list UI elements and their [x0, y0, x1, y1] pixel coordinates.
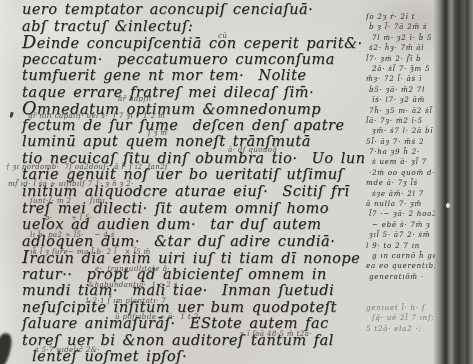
text-line: ratur·· propt qd abicienteſ omnem in	[22, 267, 374, 284]
margin-gloss-line: l 9· to 2 7 ın	[366, 241, 438, 251]
margin-gloss-line: genıuet l̄· h· ſ	[366, 303, 438, 313]
margin-gloss-line: 7·ha ȝ9 h̄ 2·	[366, 147, 438, 157]
interlinear-gloss: ſunt·ſ· m 2 ſım̄ı	[30, 198, 105, 205]
margin-gloss-line: l̄7· ȝṁ 2· ſ̄ī ḃ	[366, 54, 438, 64]
interlinear-gloss: e· tranquıllıtate q̄· :	[95, 266, 175, 273]
interlinear-gloss: &habundantıā· 1 o 2 ṡ	[88, 282, 178, 289]
margin-gloss-line: ḃ ȝ l̄· 7ā 2m̄ ṡ	[366, 22, 438, 32]
margin-gloss-line: ·2ṁ oo quom̄ d·	[366, 168, 438, 178]
text-line: uero temptator aconcupiſ cenciaſuā·	[22, 2, 374, 19]
margin-gloss-line: ṡ2· h̄ȝ· 7m̄ āl	[366, 43, 438, 53]
interlinear-gloss: cū	[218, 33, 227, 40]
interlinear-gloss: x ī ſoā 48·5 m̄ t2ā·	[240, 331, 312, 338]
ink-smudge	[0, 332, 14, 364]
margin-gloss-line: ṡȝe ām̄· 2l 7	[366, 189, 438, 199]
manuscript-page: uero temptator aconcupiſ cenciaſuā· abſ …	[0, 0, 473, 364]
margin-gloss-line: ȝm̄· ṡ7 l· 2ā ḃī	[366, 126, 438, 136]
margin-gloss-line: l̄7 ·~ ȝā· 2 hoa2	[366, 209, 438, 219]
interlinear-gloss: ık̄ l̄ ȝ ſure~ ma l̄ b· 2 l̄ × l̄5 m̄	[30, 249, 151, 256]
paper-speck	[446, 203, 450, 208]
text-line: mundi tiam· mali tiae· Inman ſuetudi	[22, 283, 374, 300]
stray-mark	[9, 112, 13, 119]
text-line: taque errare fratreſ mei dilecaſ ſim̄·	[22, 85, 374, 102]
interlinear-gloss: ſ̄ ȝ ṁ	[148, 130, 167, 137]
interlinear-gloss: lı b̄· pa2 ÷ l̄5· ~ 4 ṡ	[30, 232, 115, 239]
margin-gloss-line: 7l ṁ· ȝ2 ī· b̄ 5	[366, 33, 438, 43]
margin-gloss-line: l̄ā· 7ȝ· ṁ2 ī·5	[366, 116, 438, 126]
interlinear-gloss: b̄· ÷ l̄ 5·	[45, 215, 93, 222]
interlinear-gloss: † ȝı pordomb· 7ſ̄ oa2douſ· ā l̄· ſ ı2 fa…	[6, 164, 168, 171]
interlinear-gloss: ṡ 5·7 uıdelıc̄ 2&·	[35, 347, 100, 354]
text-line: luminū aput quem noneſt trānſmutā	[22, 134, 374, 151]
margin-gloss-line: m̄ȝ· 72 l̄· āṡ ī	[366, 74, 438, 84]
margin-gloss-line: mde ā· 7ȝ l̄ṡ	[366, 178, 438, 188]
margin-gloss-line: ſo 2ȝ ṙ· 2ī t	[366, 12, 438, 22]
margin-gloss-column: ſo 2ȝ ṙ· 2ī tḃ ȝ l̄· 7ā 2m̄ ṡ7l ṁ· ȝ2 ī·…	[366, 12, 438, 334]
margin-gloss-line: generatıōm̄ ·	[366, 272, 438, 282]
interlinear-gloss: gr̄ nılı capalıſ· uel ṡ· ſ̄ 7 ȝı 7 1 2 ṁ	[28, 113, 165, 120]
margin-gloss-line: ~ ebē ṡ· 7m̄ ȝ	[366, 220, 438, 230]
margin-gloss-line: ṡ uem ā· ȝl̄ 7	[366, 157, 438, 167]
margin-gloss-line: ḃ5· ȝā· m̄2 7l	[366, 85, 438, 95]
text-line: tumfuerit gene nt mor tem· Nolite	[22, 68, 374, 85]
margin-gloss-line	[366, 293, 438, 303]
margin-gloss-line	[366, 282, 438, 292]
text-line: abſ tractuſ &inlectuſ:	[22, 19, 374, 36]
margin-gloss-line: g ın carnō h̄ gen:	[366, 251, 438, 261]
interlinear-gloss: ū poſsıbıle ÷ ō· 1 t 2·	[115, 314, 201, 321]
margin-gloss-line: 5l̄· āȝ 7· m̄ṡ 2	[366, 137, 438, 147]
margin-gloss-line: 7h̄· ȝ5 m· ā2 ṡl̄	[366, 106, 438, 116]
margin-gloss-line: ſq̄· uē 2l̄ 7 ınſ;	[366, 313, 438, 323]
margin-gloss-line: īṡ· l7· ȝ2 ām̄	[366, 95, 438, 105]
interlinear-gloss: mſ̄ ıd· l̄ ṡa ÷ uıſıbıl̄ſ 7 1· ȝ n̄ ȝ 2·	[8, 181, 134, 188]
margin-gloss-line: 5 t2ā· ela2 ·:	[366, 324, 438, 334]
margin-gloss-line: ȝıl̄ 5· ā7 2· ṡm̄	[366, 230, 438, 240]
book-gutter-shadow	[433, 0, 473, 364]
text-line: peccatum· peccatumuero cumconſuma	[22, 52, 374, 69]
interlinear-gloss: ā· dſ quouoq̄	[228, 147, 277, 154]
interlinear-gloss: 1·2·1 ſ̄ ım plantatı· 7	[85, 298, 166, 305]
interlinear-gloss: ar̄ bapſil	[118, 96, 152, 103]
margin-gloss-line: 2ā· ṡl̄ 7· ȝ̄m 5	[366, 64, 438, 74]
text-line: fectum de ſur ſume deſcen denſ apatre	[22, 118, 374, 135]
margin-gloss-line: ea eo querentıb;	[366, 261, 438, 271]
margin-gloss-line: ā nulla 7· ȝm̄	[366, 199, 438, 209]
text-line: Deinde concupiſcentiā con ceperit parit&…	[22, 35, 374, 52]
